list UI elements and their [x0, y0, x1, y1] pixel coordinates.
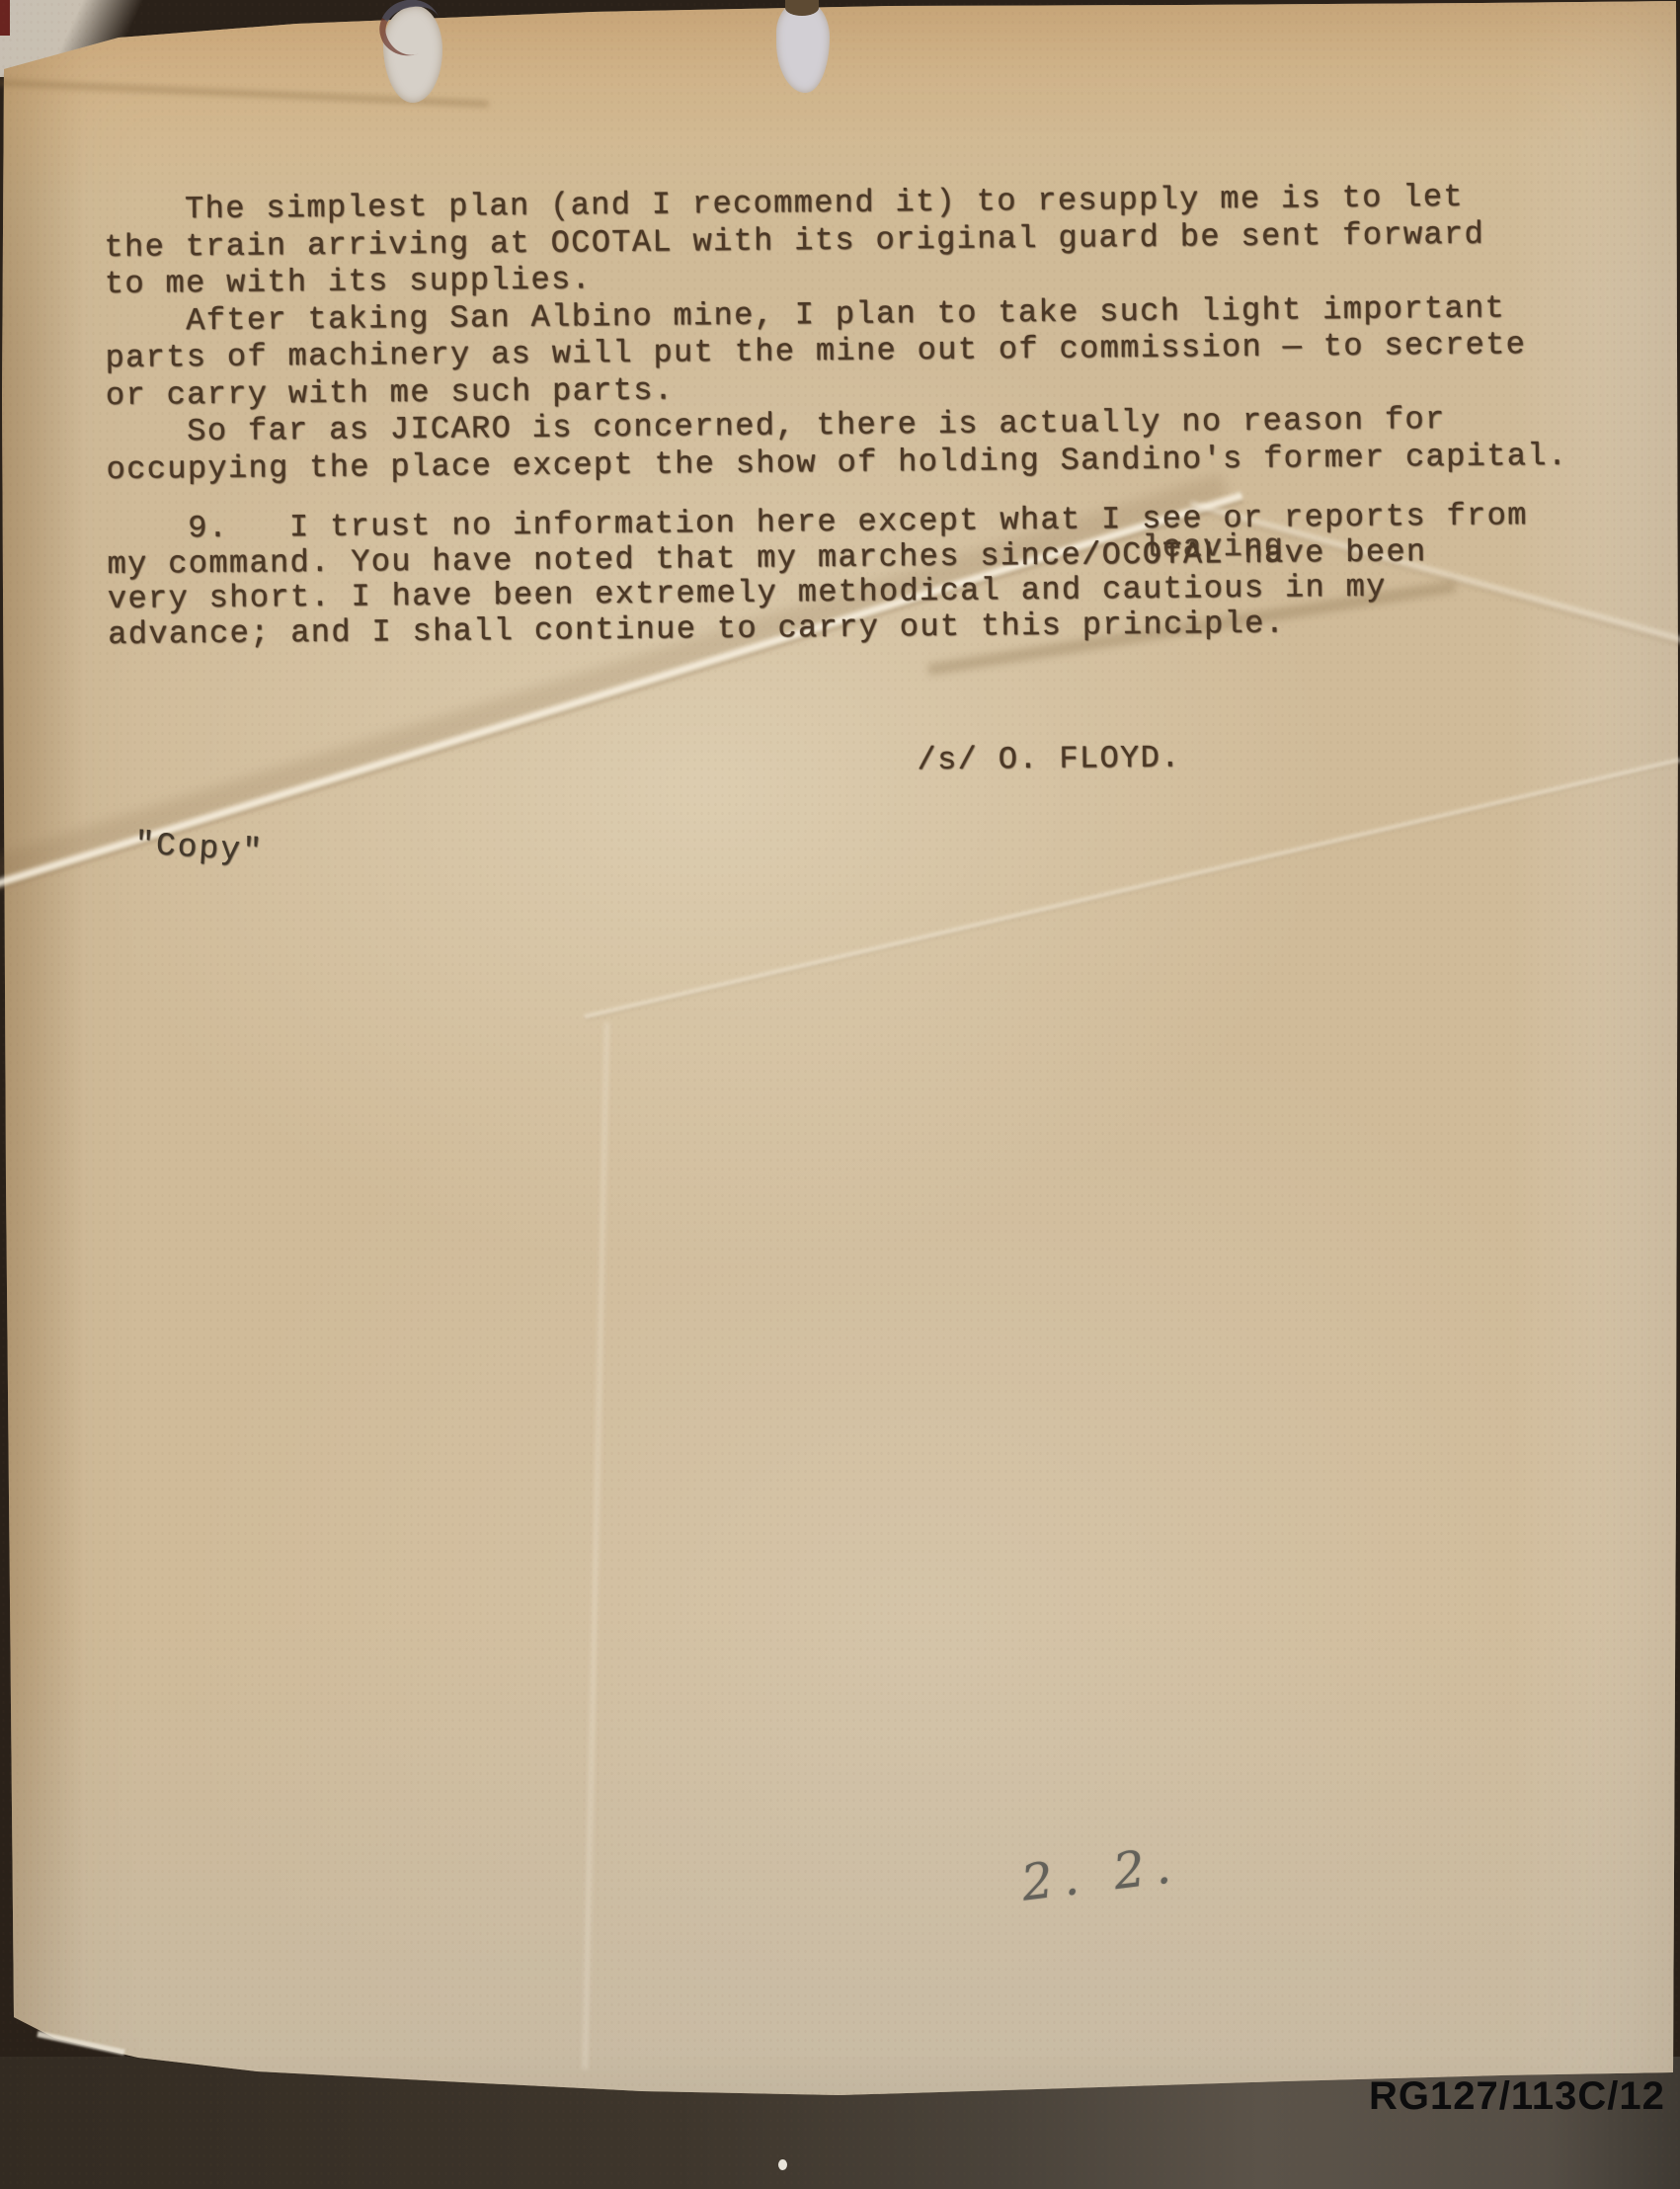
red-edge-mark — [0, 0, 10, 36]
typed-signature: /s/ O. FLOYD. — [917, 740, 1181, 779]
punch-hole-right-notch — [785, 0, 819, 16]
paragraph-resupply: The simplest plan (and I recommend it) t… — [104, 178, 1588, 488]
typed-text-block: The simplest plan (and I recommend it) t… — [104, 178, 1589, 652]
copy-stamp: "Copy" — [133, 826, 265, 870]
archive-reference-label: RG127/113C/12 — [1369, 2074, 1665, 2119]
photograph-of-typed-document: The simplest plan (and I recommend it) t… — [0, 0, 1680, 2189]
paragraph-nine: 9. I trust no information here except wh… — [107, 498, 1589, 652]
interlined-insertion-word: leaving — [1142, 528, 1284, 567]
paper-chip-speck — [778, 2159, 787, 2170]
